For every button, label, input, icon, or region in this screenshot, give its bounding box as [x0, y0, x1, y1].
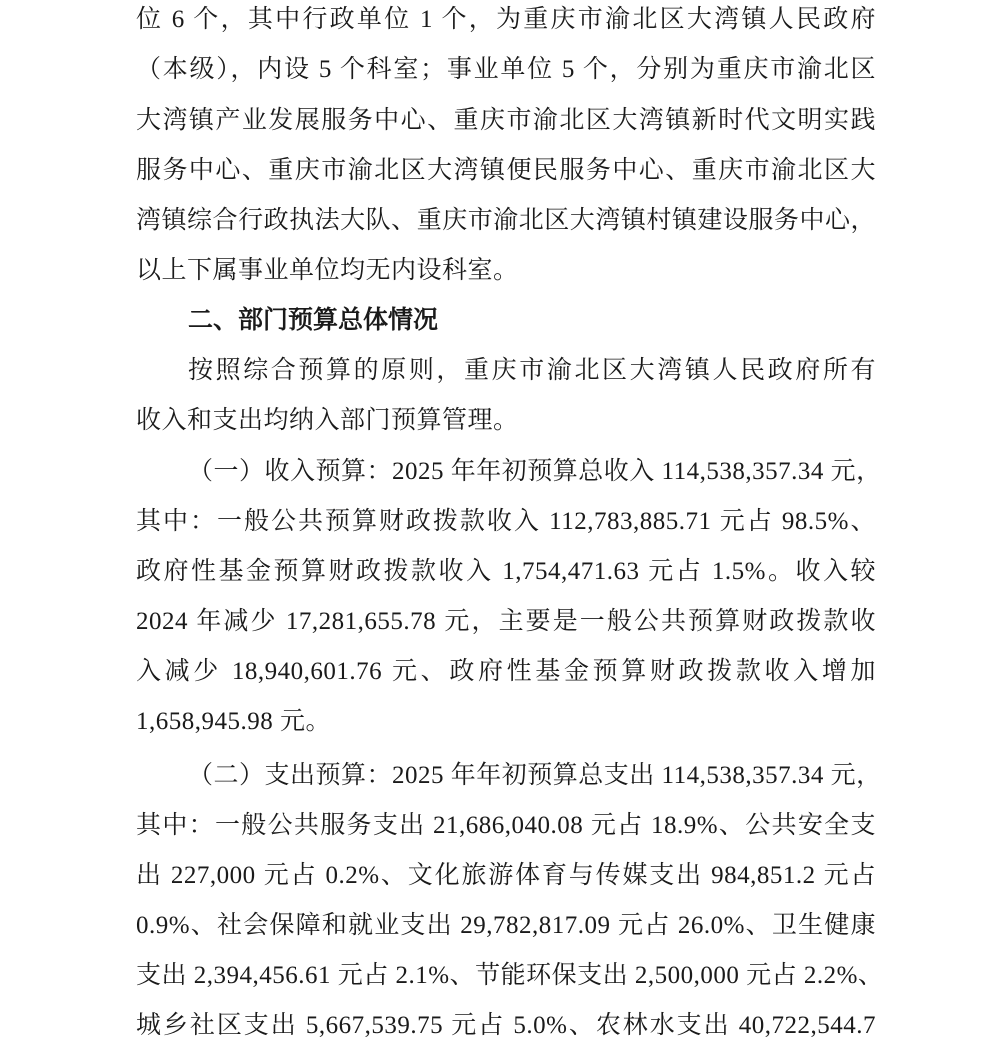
text-line: 收入和支出均纳入部门预算管理。	[136, 400, 519, 440]
text-line: 大湾镇产业发展服务中心、重庆市渝北区大湾镇新时代文明实践	[136, 100, 876, 140]
text-line: 支出 2,394,456.61 元占 2.1%、节能环保支出 2,500,000…	[136, 956, 876, 996]
text-line: 出 227,000 元占 0.2%、文化旅游体育与传媒支出 984,851.2 …	[136, 856, 876, 896]
text-line: 2024 年减少 17,281,655.78 元，主要是一般公共预算财政拨款收	[136, 602, 876, 642]
text-line: 按照综合预算的原则，重庆市渝北区大湾镇人民政府所有	[188, 350, 876, 390]
text-line: 政府性基金预算财政拨款收入 1,754,471.63 元占 1.5%。收入较	[136, 552, 876, 592]
text-line: 0.9%、社会保障和就业支出 29,782,817.09 元占 26.0%、卫生…	[136, 906, 876, 946]
text-line: 入减少 18,940,601.76 元、政府性基金预算财政拨款收入增加	[136, 652, 876, 692]
text-line: 以上下属事业单位均无内设科室。	[136, 250, 519, 290]
text-line: 1,658,945.98 元。	[136, 702, 331, 742]
text-line: 服务中心、重庆市渝北区大湾镇便民服务中心、重庆市渝北区大	[136, 150, 876, 190]
text-line: 湾镇综合行政执法大队、重庆市渝北区大湾镇村镇建设服务中心，	[136, 200, 876, 240]
text-line: 其中：一般公共服务支出 21,686,040.08 元占 18.9%、公共安全支	[136, 806, 876, 846]
text-line: （二）支出预算：2025 年年初预算总支出 114,538,357.34 元，	[188, 756, 876, 796]
text-line: 其中：一般公共预算财政拨款收入 112,783,885.71 元占 98.5%、	[136, 502, 876, 542]
section-heading: 二、部门预算总体情况	[188, 300, 876, 340]
text-line: （本级），内设 5 个科室；事业单位 5 个，分别为重庆市渝北区	[136, 50, 876, 90]
text-line: （一）收入预算：2025 年年初预算总收入 114,538,357.34 元，	[188, 452, 876, 492]
text-line: 位 6 个，其中行政单位 1 个，为重庆市渝北区大湾镇人民政府	[136, 0, 876, 40]
text-line: 城乡社区支出 5,667,539.75 元占 5.0%、农林水支出 40,722…	[136, 1006, 876, 1039]
